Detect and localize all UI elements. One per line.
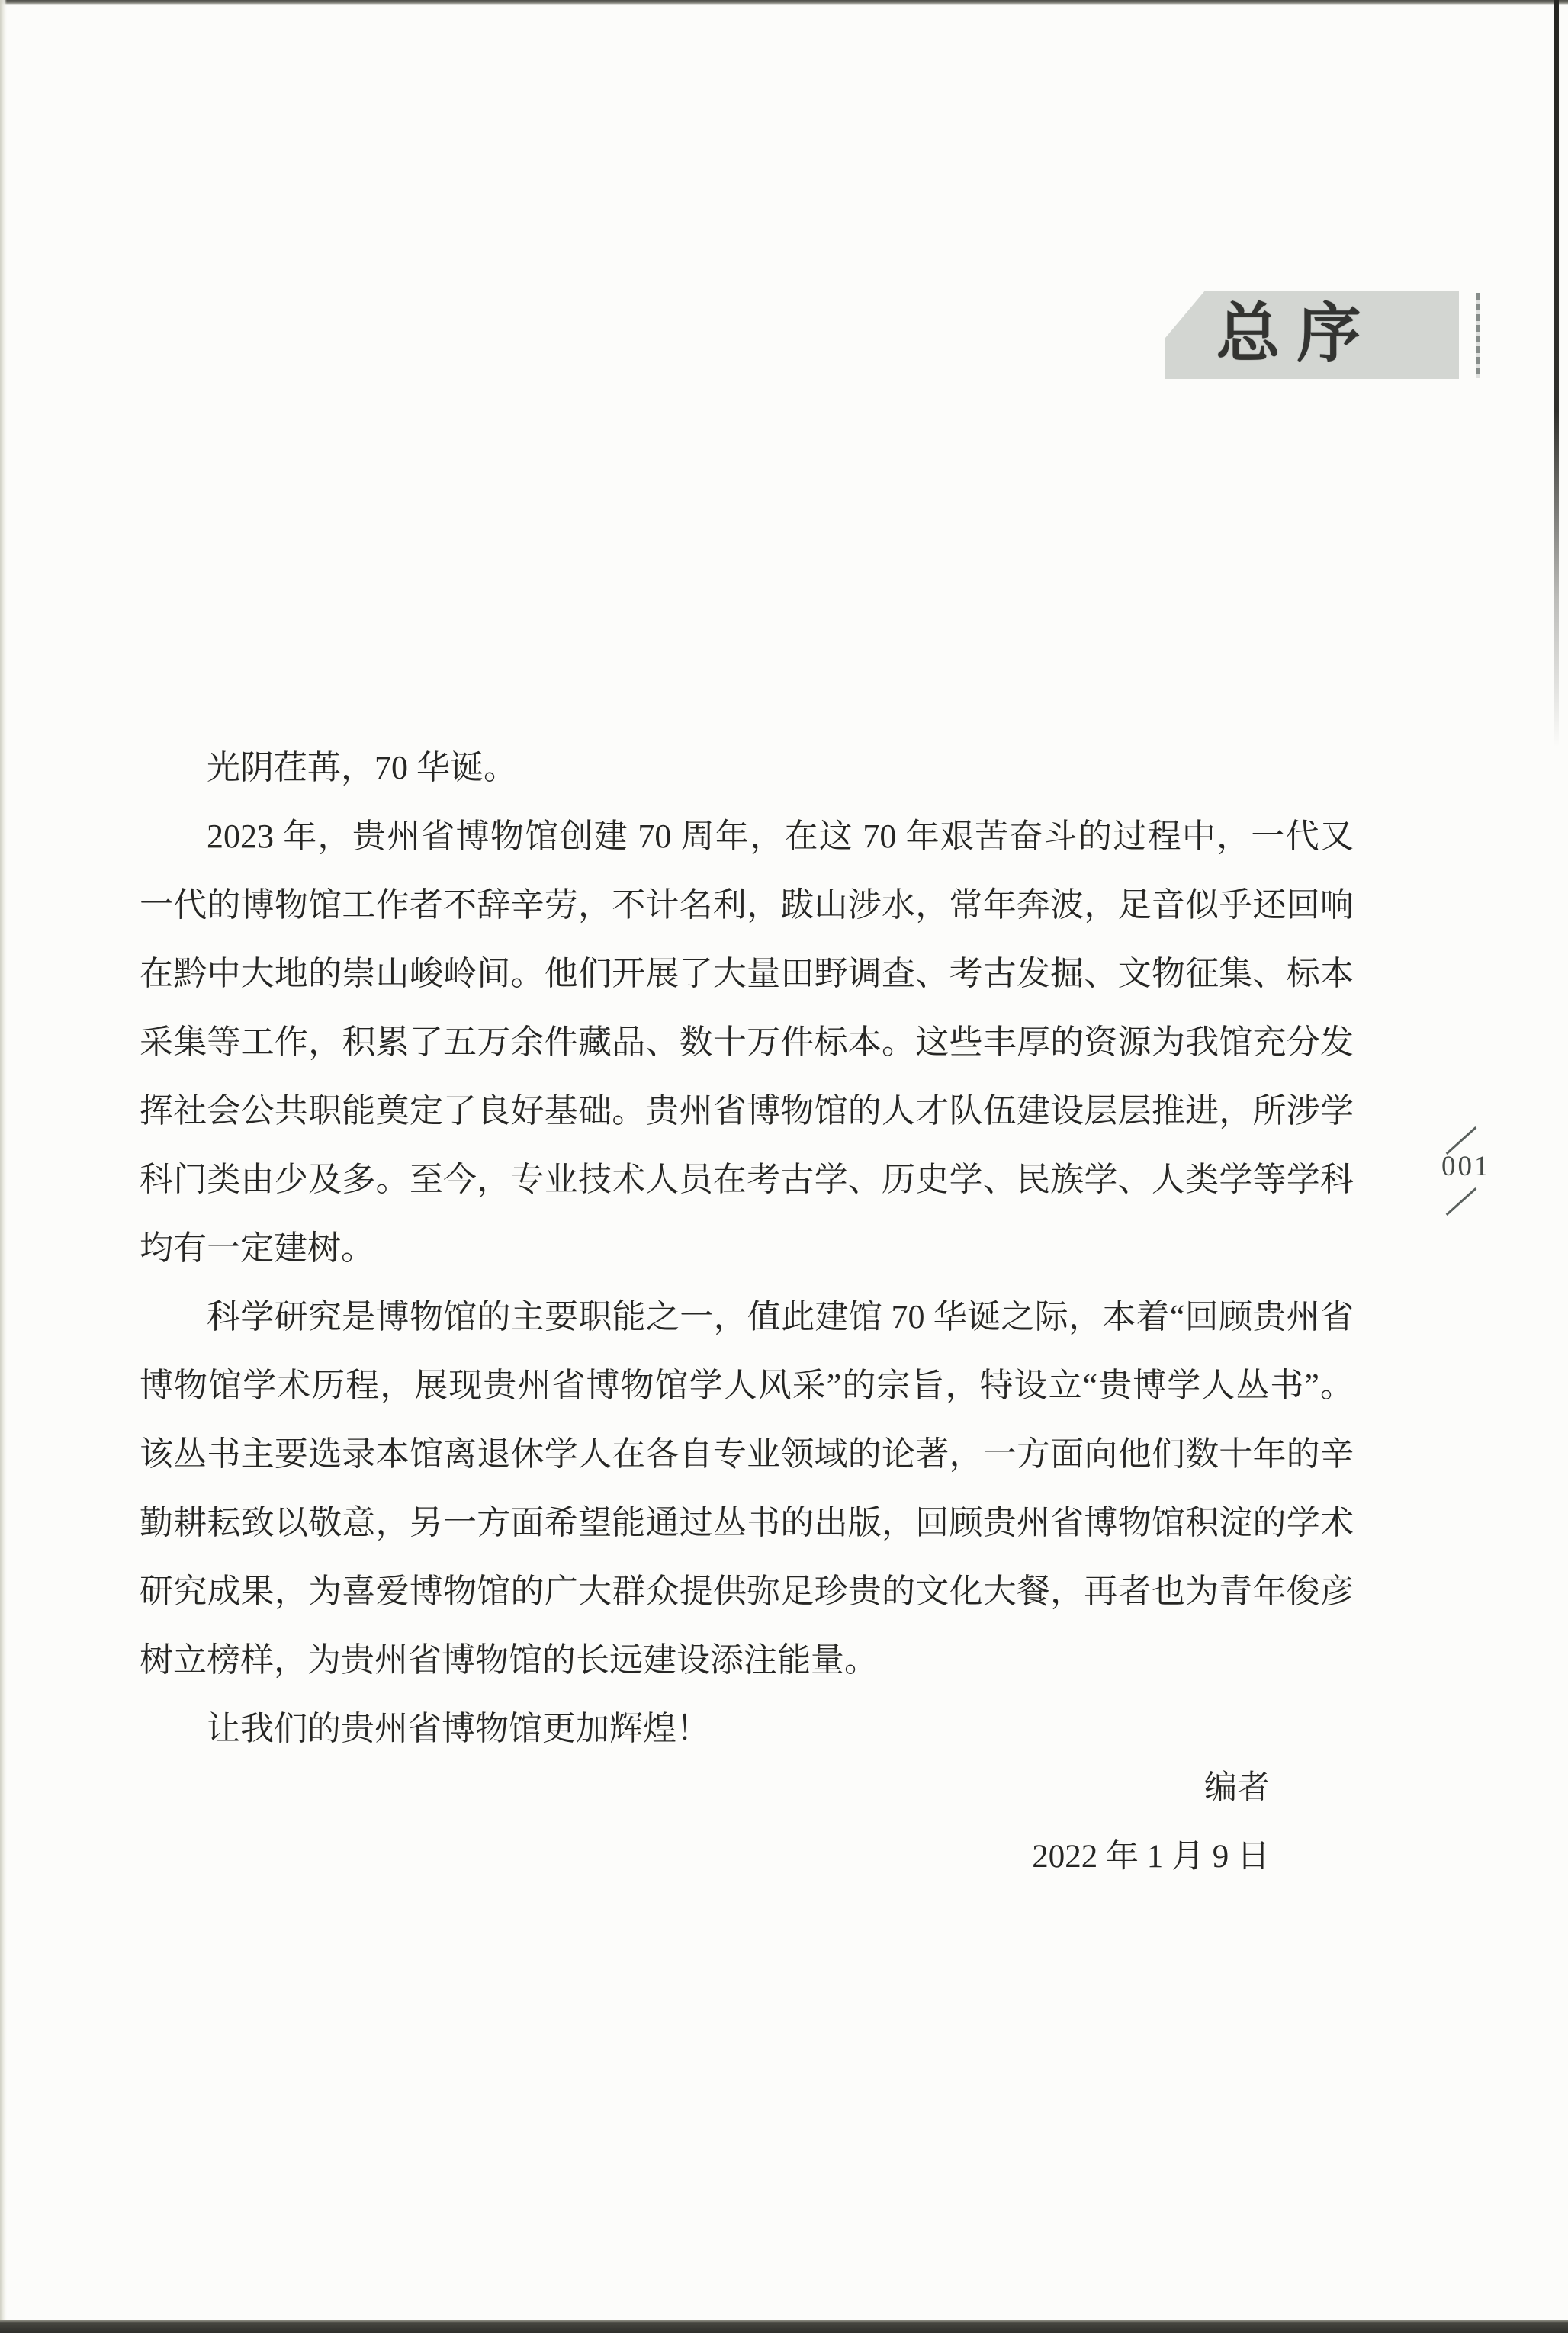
scan-edge-top [0, 0, 1568, 5]
scanned-book-page: 总序 光阴荏苒，70 华诞。 2023 年，贵州省博物馆创建 70 周年，在这 … [0, 0, 1568, 2333]
paragraph-closing: 让我们的贵州省博物馆更加辉煌！ [140, 1695, 1354, 1763]
folio-slash-bottom [1446, 1187, 1477, 1216]
paragraph-opening: 光阴荏苒，70 华诞。 [140, 734, 1354, 802]
signature-date: 2022 年 1 月 9 日 [140, 1823, 1270, 1891]
paragraph-series-purpose: 科学研究是博物馆的主要职能之一，值此建馆 70 华诞之际，本着“回顾贵州省博物馆… [140, 1283, 1354, 1695]
chapter-header-banner: 总序 [1165, 291, 1459, 379]
folio-group: 001 [1437, 1121, 1490, 1203]
header-side-tick [1476, 293, 1480, 378]
signature-block: 编者 2022 年 1 月 9 日 [140, 1754, 1270, 1891]
scan-edge-bottom [0, 2320, 1568, 2333]
author-signature: 编者 [140, 1754, 1270, 1823]
scan-edge-left [0, 0, 7, 2333]
preface-body: 光阴荏苒，70 华诞。 2023 年，贵州省博物馆创建 70 周年，在这 70 … [140, 734, 1354, 1763]
scan-edge-right [1554, 0, 1559, 747]
paragraph-history: 2023 年，贵州省博物馆创建 70 周年，在这 70 年艰苦奋斗的过程中，一代… [140, 802, 1354, 1283]
chapter-title: 总序 [1216, 303, 1377, 367]
page-number: 001 [1441, 1152, 1490, 1181]
